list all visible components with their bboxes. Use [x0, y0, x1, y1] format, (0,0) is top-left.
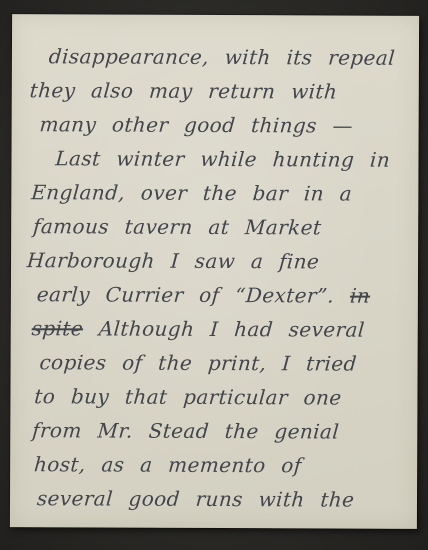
- letter-text-segment: they also may return with: [29, 78, 338, 103]
- letter-line: Harborough I saw a fine: [26, 243, 412, 279]
- letter-line: to buy that particular one: [33, 379, 411, 415]
- letter-line: disappearance, with its repeal: [48, 39, 413, 75]
- letter-text-segment: many other good things —: [39, 112, 354, 137]
- struck-text: spite: [31, 316, 84, 340]
- letter-text-segment: from Mr. Stead the genial: [31, 418, 340, 443]
- letter-text-segment: host, as a memento of: [33, 452, 302, 477]
- letter-text-segment: Harborough I saw a fine: [26, 248, 320, 273]
- letter-line: they also may return with: [29, 73, 413, 109]
- letter-text-segment: to buy that particular one: [34, 384, 343, 409]
- letter-text-segment: copies of the print, I tried: [39, 350, 358, 375]
- letter-text-segment: disappearance, with its repeal: [48, 44, 396, 70]
- letter-text-segment: famous tavern at Market: [32, 214, 322, 239]
- letter-page: disappearance, with its repealthey also …: [10, 14, 419, 529]
- letter-text-segment: England, over the bar in a: [30, 180, 353, 205]
- photo-background: disappearance, with its repealthey also …: [0, 0, 428, 550]
- letter-line: Last winter while hunting in: [54, 141, 412, 177]
- letter-line: England, over the bar in a: [30, 175, 412, 211]
- letter-line: host, as a memento of: [33, 447, 411, 483]
- letter-line: many other good things —: [38, 107, 412, 143]
- letter-line: copies of the print, I tried: [38, 345, 411, 381]
- letter-line: famous tavern at Market: [32, 209, 412, 245]
- letter-line: from Mr. Stead the genial: [31, 413, 411, 449]
- letter-line: spite Although I had several: [30, 311, 411, 347]
- struck-text: in: [349, 284, 371, 308]
- letter-line: several good runs with the: [36, 481, 411, 517]
- letter-text-segment: Although I had several: [82, 316, 365, 341]
- letter-line: early Currier of “Dexter”. in: [36, 277, 412, 313]
- letter-text-segment: Last winter while hunting in: [55, 146, 391, 171]
- letter-text-segment: several good runs with the: [36, 486, 355, 511]
- letter-body: disappearance, with its repealthey also …: [10, 39, 411, 517]
- letter-text-segment: early Currier of “Dexter”.: [36, 282, 351, 307]
